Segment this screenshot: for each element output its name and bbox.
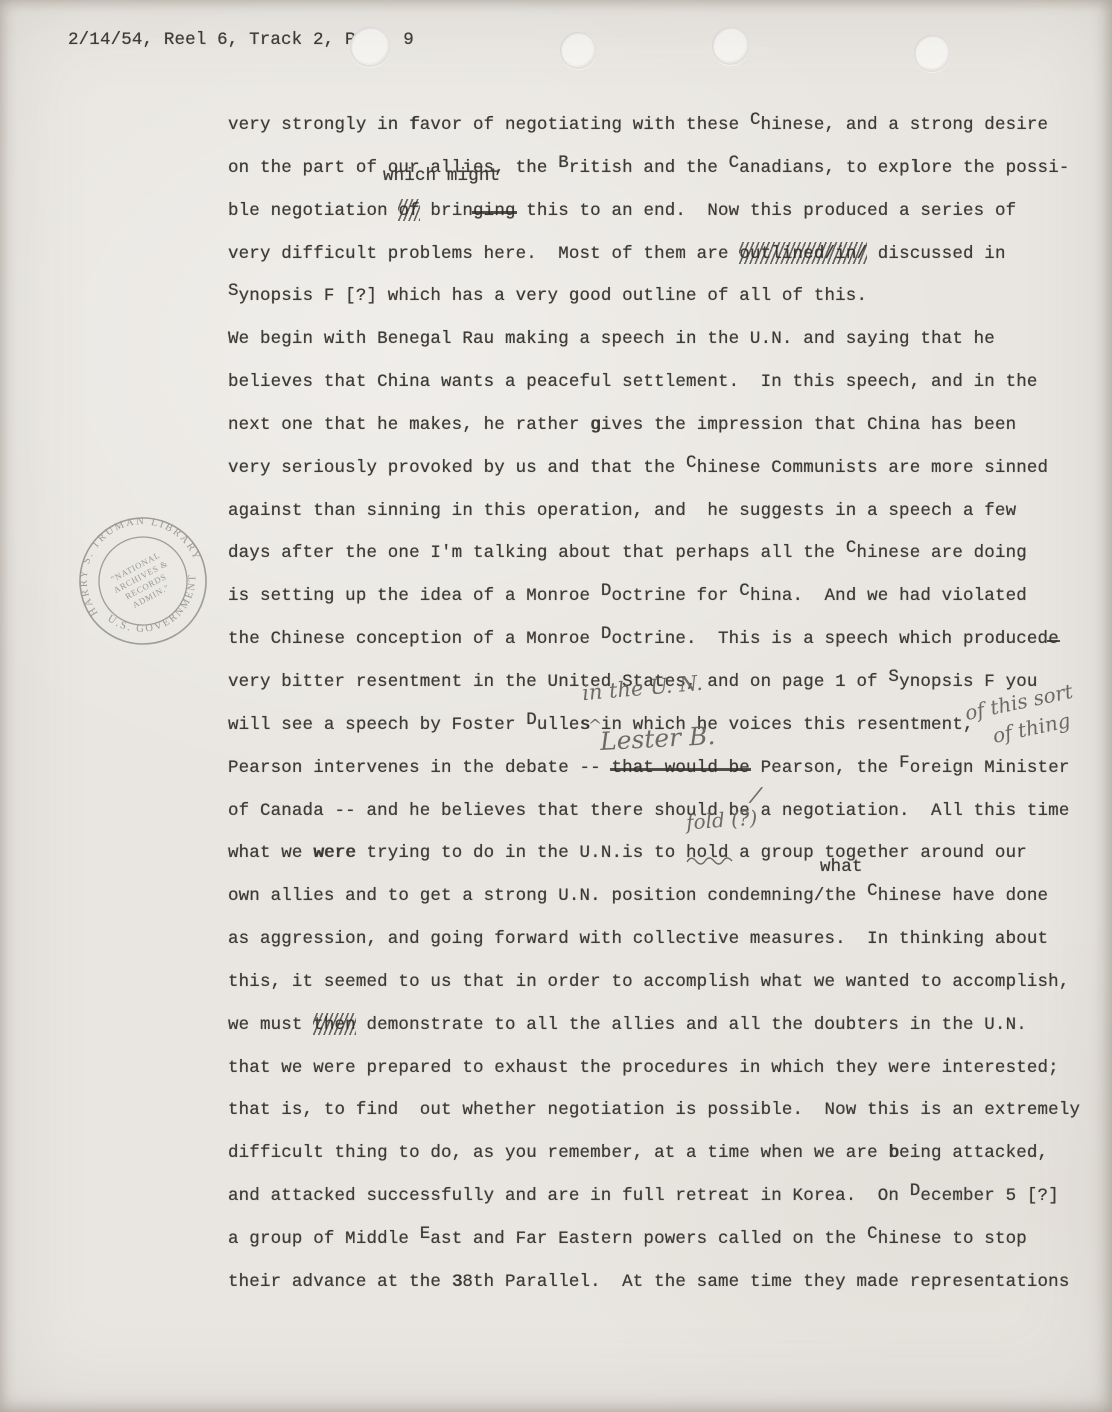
typed-text: C	[846, 538, 857, 558]
typed-text: that is, to find out whether negotiation…	[228, 1100, 1080, 1120]
typed-text: oreign Minister	[910, 758, 1070, 778]
typed-line: this, it seemed to us that in order to a…	[228, 961, 1080, 1004]
typed-text: We begin with Benegal Rau making a speec…	[228, 329, 995, 349]
typed-line: and attacked successfully and are in ful…	[228, 1175, 1080, 1218]
typed-text: g	[590, 415, 601, 435]
typed-text: this to an end. Now this produced a seri…	[516, 201, 1017, 221]
typed-text: C	[686, 453, 697, 473]
typed-line: Synopsis F [?] which has a very good out…	[228, 275, 1080, 318]
typed-text: Pearson intervenes in the debate --	[228, 758, 611, 778]
typed-line: is setting up the idea of a Monroe Doctr…	[228, 575, 1080, 618]
typed-text: believes that China wants a peaceful set…	[228, 372, 1038, 392]
page-number: 9	[403, 30, 414, 50]
typed-line: on the part of our allies, the British a…	[228, 147, 1080, 190]
typed-text: Pearson, the	[750, 758, 899, 778]
typed-text: S	[228, 281, 239, 301]
typed-text: very bitter resentment in the United Sta…	[228, 672, 888, 692]
typed-text: against than sinning in this operation, …	[228, 501, 1016, 521]
typed-line: believes that China wants a peaceful set…	[228, 361, 1080, 404]
typed-line: We begin with Benegal Rau making a speec…	[228, 318, 1080, 361]
typed-text: the Chinese conception of a Monroe	[228, 629, 601, 649]
typed-text: will see a speech by Foster	[228, 715, 526, 735]
typed-text: D	[601, 624, 612, 644]
typed-text: demonstrate to all the allies and all th…	[356, 1015, 1027, 1035]
typed-line: the Chinese conception of a Monroe Doctr…	[228, 618, 1080, 661]
typed-text: own allies and to get a strong U.N. posi…	[228, 886, 867, 906]
typed-line: that is, to find out whether negotiation…	[228, 1089, 1080, 1132]
punch-hole	[350, 27, 390, 67]
typed-text: S	[888, 667, 899, 687]
typed-line: very strongly in favor of negotiating wi…	[228, 104, 1080, 147]
typed-text: very seriously provoked by us and that t…	[228, 458, 686, 478]
typed-line: own allies and to get a strong U.N. posi…	[228, 875, 1080, 918]
typed-line: what we were trying to do in the U.N.is …	[228, 832, 1080, 875]
typed-text: 3	[452, 1272, 463, 1292]
typed-text: hina. And we had violated	[750, 586, 1027, 606]
typed-line: next one that he makes, he rather gives …	[228, 404, 1080, 447]
typed-text: is setting up the idea of a Monroe	[228, 586, 601, 606]
truman-library-stamp: HARRY S. TRUMAN LIBRARY U.S. GOVERNMENT …	[54, 492, 233, 671]
typed-text: this, it seemed to us that in order to a…	[228, 972, 1070, 992]
typed-text: l	[910, 158, 921, 178]
typed-text: E	[420, 1224, 431, 1244]
typed-text: ast and Far Eastern powers called on the	[430, 1229, 867, 1249]
struck-text: e	[1048, 629, 1059, 649]
slash-struck-text: of	[398, 201, 419, 221]
typed-text: ynopsis F [?] which has a very good outl…	[239, 286, 867, 306]
typed-text: ulle	[537, 715, 580, 735]
typed-text: what we	[228, 843, 313, 863]
typed-text: 8th Parallel. At the same time they made…	[462, 1272, 1069, 1292]
typed-line: difficult thing to do, as you remember, …	[228, 1132, 1080, 1175]
struck-text: ging	[473, 201, 516, 221]
typed-text: ecember 5 [?]	[920, 1186, 1058, 1206]
typed-text: D	[601, 581, 612, 601]
slash-struck-text: outlined/in/	[739, 244, 867, 264]
typed-line: days after the one I'm talking about tha…	[228, 532, 1080, 575]
typed-text: f	[409, 115, 420, 135]
scanned-document-page: { "header": { "left": "2/14/54, Reel 6, …	[0, 0, 1112, 1412]
typed-text: brin	[420, 201, 473, 221]
handwritten-note-lester-b: Lester B.	[599, 721, 716, 756]
slash-struck-text: then	[313, 1015, 356, 1035]
typed-text: their advance at the	[228, 1272, 452, 1292]
interlineation-which-might: which might	[383, 166, 500, 186]
punch-hole	[712, 27, 749, 65]
typed-line: their advance at the 38th Parallel. At t…	[228, 1261, 1080, 1304]
typed-text: hinese Communists are more sinned	[697, 458, 1049, 478]
typed-text: that we were prepared to exhaust the pro…	[228, 1058, 1059, 1078]
typed-line: of Canada -- and he believes that there …	[228, 790, 1080, 833]
typed-text: C	[739, 581, 750, 601]
punch-hole	[914, 35, 950, 72]
typed-text: days after the one I'm talking about tha…	[228, 543, 846, 563]
typed-text: a group of Middle	[228, 1229, 420, 1249]
punch-hole	[560, 32, 596, 69]
typed-text: C	[729, 153, 740, 173]
typed-text: very difficult problems here. Most of th…	[228, 244, 739, 264]
typed-text: hinese to stop	[878, 1229, 1027, 1249]
typed-text: we must	[228, 1015, 313, 1035]
typed-text: B	[558, 153, 569, 173]
typed-line: as aggression, and going forward with co…	[228, 918, 1080, 961]
typed-line: a group of Middle East and Far Eastern p…	[228, 1218, 1080, 1261]
typed-line: that we were prepared to exhaust the pro…	[228, 1047, 1080, 1090]
struck-text: that would be	[611, 758, 749, 778]
typed-text: of Canada -- and he believes that there …	[228, 801, 1070, 821]
typed-text: D	[910, 1181, 921, 1201]
typed-text: ritish and the	[569, 158, 729, 178]
typed-body: very strongly in favor of negotiating wi…	[228, 104, 1080, 1304]
typed-line: very seriously provoked by us and that t…	[228, 447, 1080, 490]
typed-text: C	[750, 110, 761, 130]
typed-line: ble negotiation of bringing this to an e…	[228, 190, 1080, 233]
typed-text: D	[526, 710, 537, 730]
typed-text: and attacked successfully and are in ful…	[228, 1186, 910, 1206]
typed-text: next one that he makes, he rather	[228, 415, 590, 435]
typed-text: hinese are doing	[856, 543, 1026, 563]
interlineation-what: what	[820, 857, 863, 877]
typed-text: ble negotiation	[228, 201, 398, 221]
typed-text: hinese, and a strong desire	[761, 115, 1049, 135]
typed-text: octrine for	[611, 586, 739, 606]
typed-text: ives the impression that China has been	[601, 415, 1016, 435]
typed-text: eing attacked,	[899, 1143, 1048, 1163]
typed-text: discussed in	[867, 244, 1005, 264]
typed-text: ore the possi-	[920, 158, 1069, 178]
typed-text: F	[899, 753, 910, 773]
typed-text: difficult thing to do, as you remember, …	[228, 1143, 888, 1163]
typed-text: b	[888, 1143, 899, 1163]
typed-line: very difficult problems here. Most of th…	[228, 233, 1080, 276]
typed-text: hinese have done	[878, 886, 1048, 906]
typed-text: C	[867, 881, 878, 901]
typed-text: anadians, to exp	[739, 158, 909, 178]
squiggle-underline	[686, 856, 736, 866]
typed-line: we must then demonstrate to all the alli…	[228, 1004, 1080, 1047]
typed-text: C	[867, 1224, 878, 1244]
typed-text: were	[313, 843, 356, 863]
typed-text: octrine. This is a speech which produced	[611, 629, 1048, 649]
header-text: 2/14/54, Reel 6, Track 2, Pa	[68, 30, 366, 50]
handwritten-note-fold: fold (?)	[685, 806, 758, 835]
typed-text: very strongly in	[228, 115, 409, 135]
typed-line: against than sinning in this operation, …	[228, 490, 1080, 533]
typed-text: as aggression, and going forward with co…	[228, 929, 1048, 949]
typed-text: avor of negotiating with these	[420, 115, 750, 135]
